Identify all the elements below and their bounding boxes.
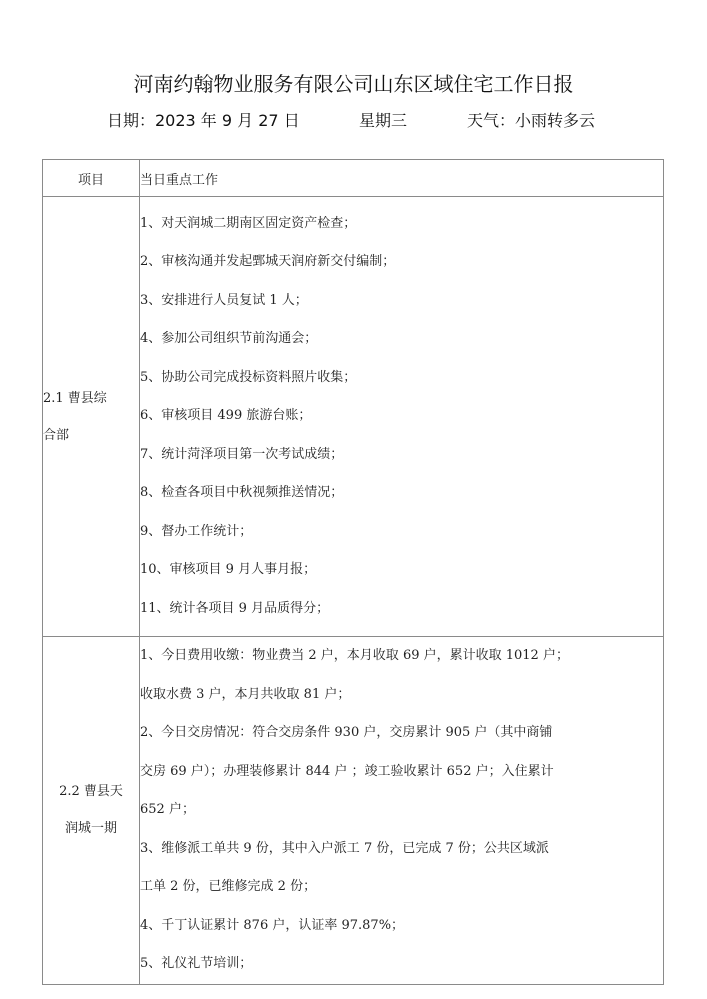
- task-item: 4、参加公司组织节前沟通会；: [140, 320, 663, 359]
- report-weekday: 星期三: [359, 108, 407, 131]
- table-header-row: 项目 当日重点工作: [43, 160, 664, 197]
- report-meta: 日期：2023 年 9 月 27 日 星期三 天气：小雨转多云: [0, 108, 707, 132]
- section-item-line: 润城一期: [43, 810, 139, 847]
- header-work: 当日重点工作: [140, 160, 664, 197]
- task-item: 5、协助公司完成投标资料照片收集；: [140, 359, 663, 398]
- task-item: 7、统计菏泽项目第一次考试成绩；: [140, 436, 663, 475]
- section-item-line: 2.1 曹县综: [43, 380, 139, 417]
- section-item-cell: 2.2 曹县天 润城一期: [43, 637, 140, 985]
- task-item-continuation: 工单 2 份，已维修完成 2 份；: [140, 868, 663, 907]
- task-item: 1、对天润城二期南区固定资产检查；: [140, 205, 663, 244]
- task-item: 4、千丁认证累计 876 户，认证率 97.87%；: [140, 907, 663, 946]
- section-work-cell: 1、对天润城二期南区固定资产检查； 2、审核沟通并发起鄄城天润府新交付编制； 3…: [140, 197, 664, 637]
- table-row: 2.2 曹县天 润城一期 1、今日费用收缴：物业费当 2 户，本月收取 69 户…: [43, 637, 664, 985]
- report-title: 河南约翰物业服务有限公司山东区域住宅工作日报: [0, 68, 707, 97]
- daily-work-table: 项目 当日重点工作 2.1 曹县综 合部 1、对天润城二期南区固定资产检查； 2…: [42, 159, 664, 985]
- task-item: 11、统计各项目 9 月品质得分；: [140, 590, 663, 629]
- task-item-continuation: 收取水费 3 户，本月共收取 81 户；: [140, 676, 663, 715]
- task-item: 1、今日费用收缴：物业费当 2 户，本月收取 69 户，累计收取 1012 户；: [140, 637, 663, 676]
- task-item: 6、审核项目 499 旅游台账；: [140, 397, 663, 436]
- task-item: 3、安排进行人员复试 1 人；: [140, 282, 663, 321]
- header-item: 项目: [43, 160, 140, 197]
- task-item: 9、督办工作统计；: [140, 513, 663, 552]
- task-item-continuation: 652 户；: [140, 791, 663, 830]
- task-item-continuation: 交房 69 户）；办理装修累计 844 户 ；竣工验收累计 652 户；入住累计: [140, 753, 663, 792]
- section-item-line: 合部: [43, 417, 139, 454]
- report-date: 日期：2023 年 9 月 27 日: [107, 108, 300, 131]
- task-item: 3、维修派工单共 9 份，其中入户派工 7 份，已完成 7 份；公共区域派: [140, 830, 663, 869]
- report-weather: 天气：小雨转多云: [467, 108, 595, 131]
- task-item: 2、今日交房情况：符合交房条件 930 户，交房累计 905 户（其中商铺: [140, 714, 663, 753]
- task-item: 5、礼仪礼节培训；: [140, 945, 663, 984]
- section-item-line: 2.2 曹县天: [43, 773, 139, 810]
- task-item: 8、检查各项目中秋视频推送情况；: [140, 474, 663, 513]
- task-item: 10、审核项目 9 月人事月报；: [140, 551, 663, 590]
- table-row: 2.1 曹县综 合部 1、对天润城二期南区固定资产检查； 2、审核沟通并发起鄄城…: [43, 197, 664, 637]
- section-work-cell: 1、今日费用收缴：物业费当 2 户，本月收取 69 户，累计收取 1012 户；…: [140, 637, 664, 985]
- task-item: 2、审核沟通并发起鄄城天润府新交付编制；: [140, 243, 663, 282]
- section-item-cell: 2.1 曹县综 合部: [43, 197, 140, 637]
